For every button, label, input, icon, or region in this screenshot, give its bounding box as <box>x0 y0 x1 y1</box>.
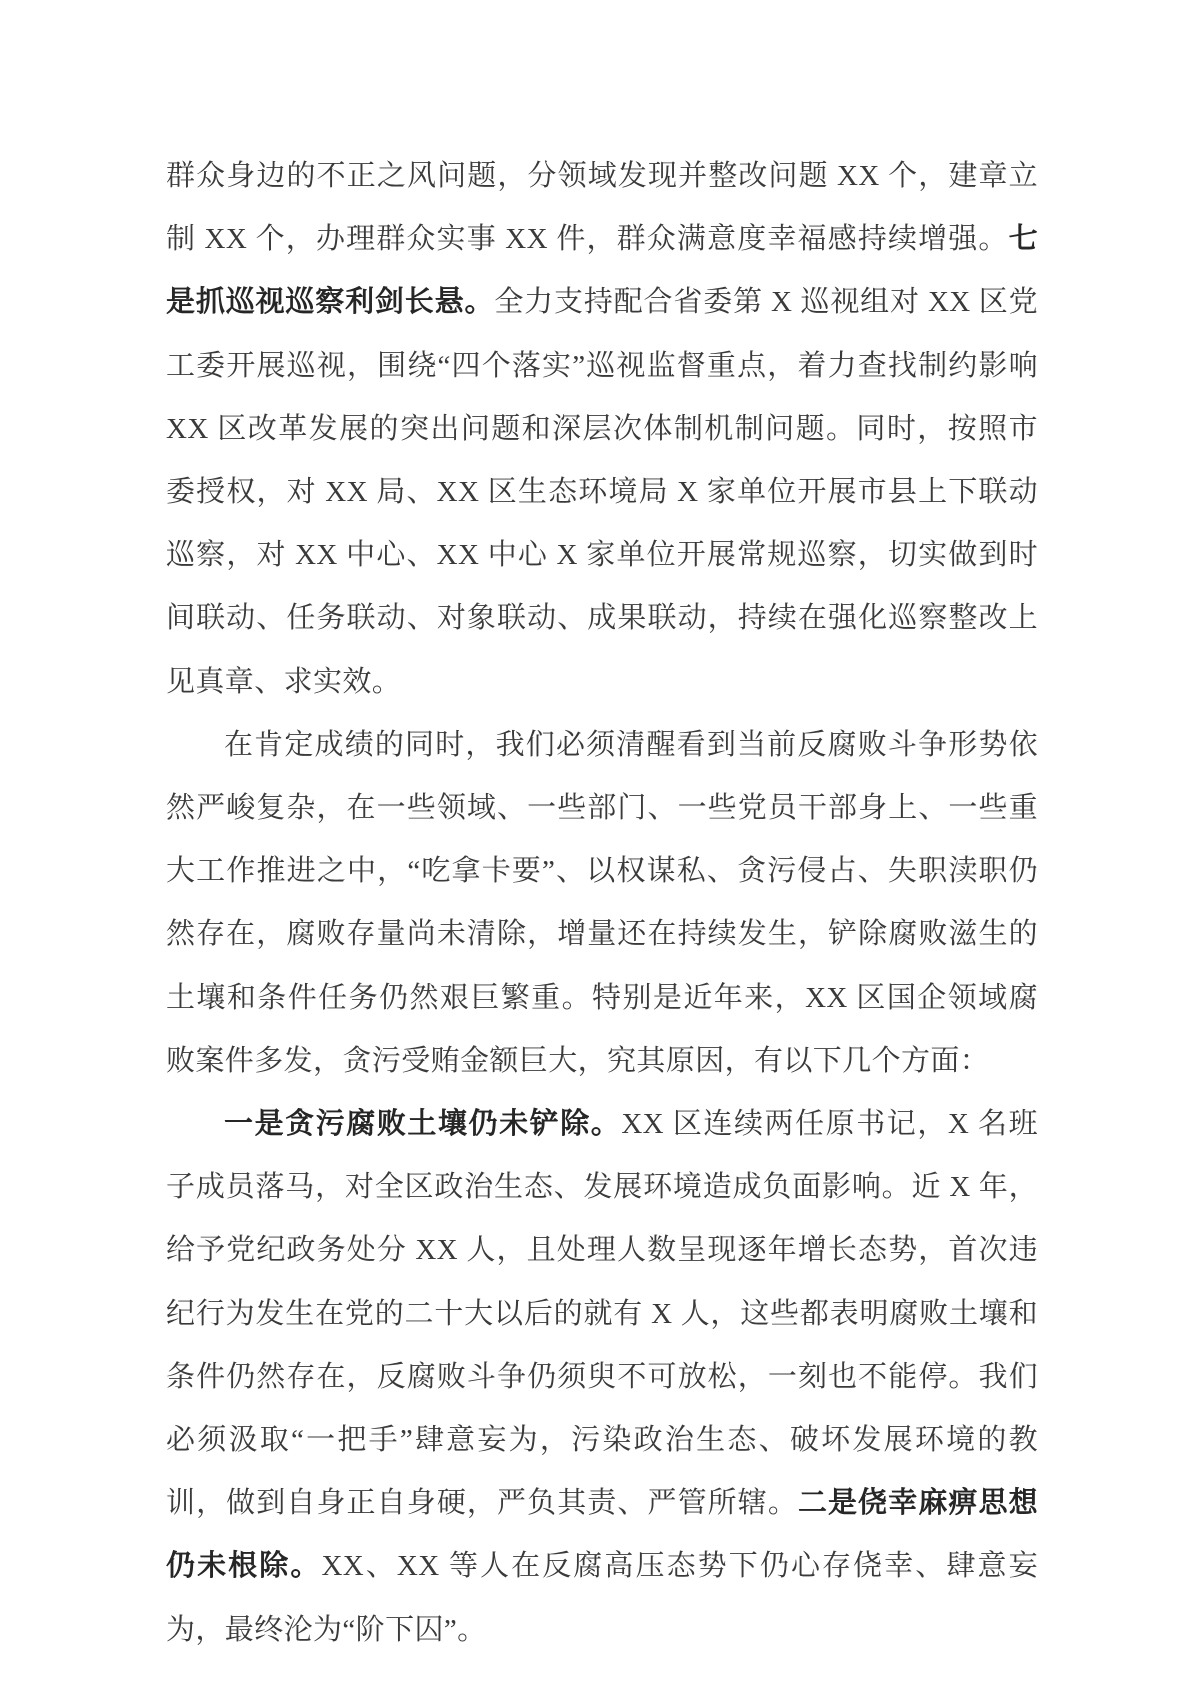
document-body: 群众身边的不正之风问题，分领域发现并整改问题 XX 个，建章立制 XX 个，办理… <box>166 145 1038 1662</box>
text-run: 在肯定成绩的同时，我们必须清醒看到当前反腐败斗争形势依然严峻复杂，在一些领域、一… <box>166 729 1038 1077</box>
text-run: XX 区连续两任原书记，X 名班子成员落马，对全区政治生态、发展环境造成负面影响… <box>166 1108 1038 1519</box>
text-run: 群众身边的不正之风问题，分领域发现并整改问题 XX 个，建章立制 XX 个，办理… <box>166 160 1038 255</box>
document-page: 群众身边的不正之风问题，分领域发现并整改问题 XX 个，建章立制 XX 个，办理… <box>0 0 1190 1683</box>
paragraph: 群众身边的不正之风问题，分领域发现并整改问题 XX 个，建章立制 XX 个，办理… <box>166 145 1038 714</box>
paragraph: 在肯定成绩的同时，我们必须清醒看到当前反腐败斗争形势依然严峻复杂，在一些领域、一… <box>166 714 1038 1093</box>
text-run: 全力支持配合省委第 X 巡视组对 XX 区党工委开展巡视，围绕“四个落实”巡视监… <box>166 286 1038 697</box>
bold-heading-run: 一是贪污腐败土壤仍未铲除。 <box>224 1108 621 1140</box>
paragraph: 一是贪污腐败土壤仍未铲除。XX 区连续两任原书记，X 名班子成员落马，对全区政治… <box>166 1093 1038 1662</box>
